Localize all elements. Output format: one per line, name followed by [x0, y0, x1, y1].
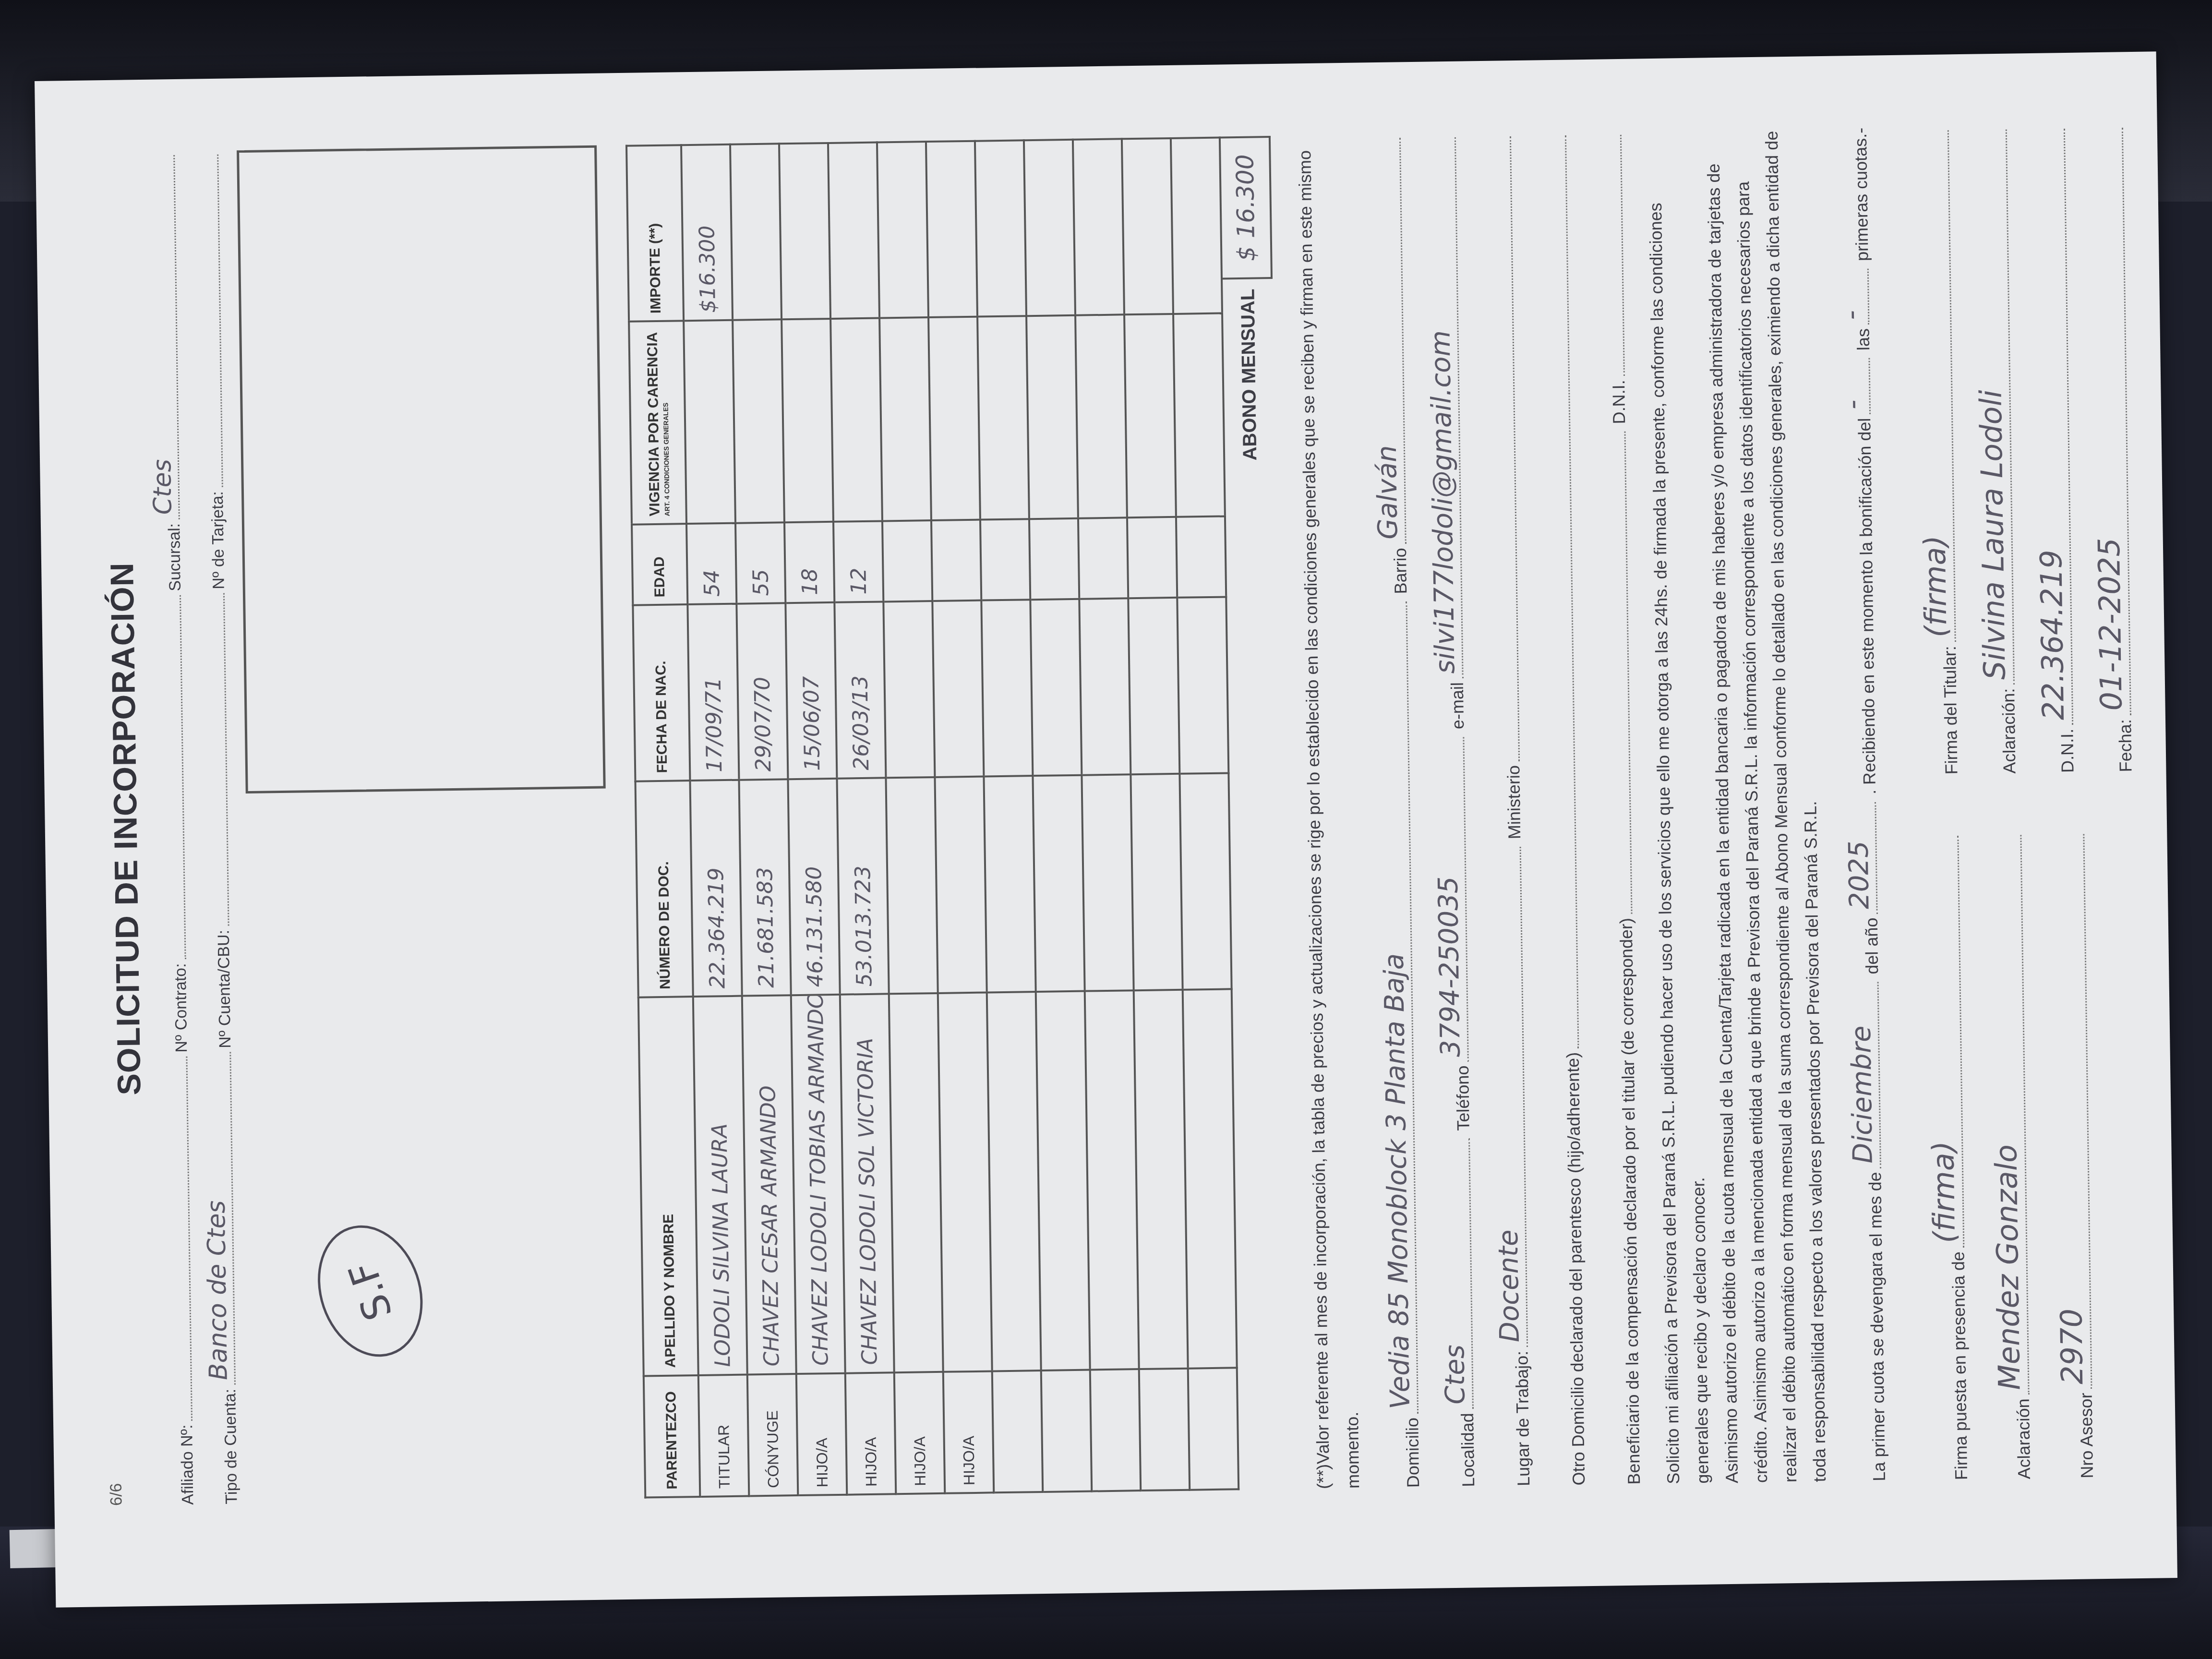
firma-titular-field[interactable]: (firma) — [1909, 130, 1956, 642]
email-label: e-mail — [1447, 682, 1468, 730]
telefono-label: Teléfono — [1453, 1065, 1474, 1131]
cell-doc[interactable]: 53.013.723 — [837, 778, 889, 995]
cell-nombre[interactable] — [1036, 991, 1090, 1370]
cell-importe[interactable] — [1073, 139, 1124, 315]
cell-doc[interactable] — [935, 776, 986, 993]
cell-nombre[interactable]: CHAVEZ CESAR ARMANDO — [742, 995, 796, 1374]
cell-edad[interactable] — [1176, 516, 1226, 598]
email-field[interactable]: silvi177lodoli@gmail.com — [1426, 137, 1464, 679]
cell-edad[interactable] — [1078, 517, 1128, 599]
cell-doc[interactable]: 21.681.583 — [739, 779, 791, 996]
cell-importe[interactable] — [1171, 138, 1222, 314]
dni-row: D.N.I. 22.364.219 — [2025, 125, 2078, 773]
presencia-field[interactable]: (firma) — [1919, 836, 1964, 1248]
cell-parentesco — [1041, 1370, 1092, 1492]
cell-vigencia[interactable] — [1124, 314, 1176, 517]
header-row-2: Tipo de Cuenta: Banco de Ctes Nº Cuenta/… — [198, 151, 241, 1504]
aclaracion-right-row: Aclaración: Silvina Laura Lodoli — [1967, 126, 2020, 774]
trabajo-row: Lugar de Trabajo: Docente Ministerio — [1481, 132, 1534, 1487]
domicilio-row: Domicilio Vedia 85 Monoblock 3 Planta Ba… — [1370, 134, 1423, 1488]
primer-cuota-row: La primer cuota se devengara el mes de D… — [1837, 128, 1889, 1482]
cell-parentesco — [1139, 1368, 1190, 1491]
firma-titular-label: Firma del Titular: — [1940, 646, 1962, 775]
cell-doc[interactable] — [1082, 774, 1133, 991]
dni-label: D.N.I. — [2057, 729, 2078, 773]
cell-importe[interactable] — [1024, 140, 1075, 316]
beneficiario-dni-label: D.N.I. — [1609, 380, 1629, 424]
contrato-field[interactable] — [160, 595, 186, 959]
abono-value[interactable]: $ 16.300 — [1221, 136, 1273, 279]
sucursal-label: Sucursal: — [165, 523, 185, 591]
cell-doc[interactable] — [984, 776, 1035, 993]
signature-section: Firma puesta en presencia de (firma) Acl… — [1909, 124, 2146, 1480]
card-image-box — [237, 145, 606, 793]
cell-parentesco: HIJO/A — [894, 1371, 945, 1494]
barrio-label: Barrio — [1390, 548, 1411, 594]
cell-nombre[interactable] — [987, 992, 1041, 1371]
beneficiario-row: Beneficiario de la compensación declarad… — [1591, 131, 1644, 1485]
ministerio-field[interactable] — [1481, 136, 1520, 762]
tarjeta-field[interactable] — [198, 155, 223, 488]
primer-cuota-suffix: primeras cuotas.- — [1851, 128, 1873, 262]
cell-edad[interactable]: 55 — [735, 522, 785, 604]
cell-fecha[interactable] — [1079, 599, 1130, 775]
contrato-label: Nº Contrato: — [171, 963, 192, 1053]
asesor-label: Nro Asesor — [2076, 1393, 2097, 1479]
cell-vigencia[interactable] — [733, 319, 784, 523]
col-nombre: APELLIDO Y NOMBRE — [638, 997, 698, 1376]
cuenta-cbu-label: Nº Cuenta/CBU: — [215, 930, 235, 1048]
cell-parentesco: HIJO/A — [943, 1371, 994, 1493]
cell-importe[interactable] — [828, 143, 879, 319]
firma-titular-row: Firma del Titular: (firma) — [1909, 126, 1962, 775]
cell-importe[interactable] — [926, 141, 977, 318]
afiliado-field[interactable] — [167, 1057, 192, 1421]
cell-nombre[interactable] — [1085, 990, 1139, 1370]
fecha-field[interactable]: 01-12-2025 — [2083, 128, 2131, 716]
cell-nombre[interactable]: CHAVEZ LODOLI TOBIAS ARMANDO — [791, 995, 845, 1374]
cell-nombre[interactable]: LODOLI SILVINA LAURA — [693, 996, 747, 1375]
primer-cuota-mes[interactable]: Diciembre — [1849, 982, 1881, 1168]
cell-vigencia[interactable] — [1173, 313, 1225, 517]
aclaracion-left-label: Aclaración — [2013, 1398, 2034, 1479]
header-row-1: Afiliado Nº: Nº Contrato: Sucursal: Ctes — [154, 151, 197, 1505]
domicilio-field[interactable]: Vedia 85 Monoblock 3 Planta Baja — [1377, 601, 1419, 1414]
circled-stamp: S.F — [301, 1211, 440, 1371]
cell-vigencia[interactable] — [1075, 314, 1127, 518]
cell-vigencia[interactable] — [1026, 315, 1078, 519]
las-field[interactable]: - — [1839, 269, 1870, 325]
members-table: PARENTEZCO APELLIDO Y NOMBRE NÚMERO DE D… — [625, 137, 1239, 1499]
legal-text-2: Asimismo autorizo el débito de la cuota … — [1698, 128, 1834, 1483]
domicilio-label: Domicilio — [1402, 1418, 1423, 1488]
signature-left-column: Firma puesta en presencia de (firma) Acl… — [1919, 829, 2146, 1480]
tarjeta-label: Nº de Tarjeta: — [208, 491, 228, 589]
asesor-row: Nro Asesor 2970 — [2044, 830, 2097, 1479]
beneficiario-dni-field[interactable] — [1591, 135, 1625, 376]
cell-edad[interactable] — [931, 519, 981, 601]
primer-cuota-anio[interactable]: 2025 — [1846, 802, 1877, 914]
cell-parentesco: HIJO/A — [845, 1372, 896, 1495]
beneficiario-label: Beneficiario de la compensación declarad… — [1616, 918, 1644, 1485]
primer-cuota-prefix: La primer cuota se devengara el mes de — [1865, 1172, 1889, 1481]
cell-parentesco: TITULAR — [698, 1374, 749, 1497]
cell-doc[interactable] — [1179, 773, 1231, 990]
cell-edad[interactable]: 18 — [784, 521, 834, 603]
las-label: las — [1853, 328, 1874, 351]
stamp-area: S.F — [237, 145, 630, 1504]
form-page: 6/6 SOLICITUD DE INCORPORACIÓN Afiliado … — [35, 51, 2177, 1607]
cell-edad[interactable] — [882, 520, 932, 602]
localidad-row: Localidad Ctes Teléfono 3794-250035 e-ma… — [1426, 133, 1479, 1488]
col-importe: IMPORTE (**) — [626, 145, 684, 322]
cell-doc[interactable]: 22.364.219 — [690, 780, 742, 997]
col-doc: NÚMERO DE DOC. — [635, 781, 693, 998]
otro-domicilio-label: Otro Domicilio declarado del parentesco … — [1563, 1052, 1589, 1486]
cell-vigencia[interactable] — [879, 317, 931, 521]
presencia-row: Firma puesta en presencia de (firma) — [1919, 832, 1972, 1480]
bonificacion-field[interactable]: - — [1839, 358, 1871, 414]
cell-fecha[interactable]: 15/06/07 — [785, 602, 837, 779]
cell-fecha[interactable] — [932, 601, 984, 777]
col-fecha: FECHA DE NAC. — [633, 605, 690, 781]
aclaracion-left-field[interactable]: Mendez Gonzalo — [1982, 835, 2029, 1395]
primer-cuota-middle: . Recibiendo en este momento la bonifica… — [1854, 418, 1880, 794]
cell-doc[interactable] — [1033, 775, 1084, 992]
cell-fecha[interactable]: 29/07/70 — [736, 603, 788, 780]
beneficiario-field[interactable] — [1596, 432, 1633, 914]
cell-fecha[interactable]: 17/09/71 — [687, 604, 739, 780]
trabajo-field[interactable]: Docente — [1491, 847, 1528, 1347]
col-edad: EDAD — [632, 524, 687, 606]
cell-importe[interactable] — [730, 144, 781, 320]
cell-fecha[interactable] — [1128, 598, 1179, 774]
asesor-field[interactable]: 2970 — [2044, 834, 2092, 1390]
cell-vigencia[interactable] — [977, 316, 1029, 519]
presencia-label: Firma puesta en presencia de — [1948, 1251, 1972, 1480]
telefono-field[interactable]: 3794-250035 — [1434, 737, 1468, 1062]
cell-edad[interactable]: 54 — [686, 523, 736, 604]
anio-label: del año — [1862, 917, 1883, 974]
cell-doc[interactable] — [1130, 773, 1182, 990]
cell-parentesco: CÓNYUGE — [747, 1374, 798, 1496]
cell-parentesco — [1090, 1369, 1141, 1491]
cell-parentesco — [1188, 1368, 1239, 1490]
trabajo-label: Lugar de Trabajo: — [1512, 1351, 1534, 1487]
sucursal-field[interactable]: Ctes — [154, 155, 180, 519]
tipo-cuenta-field[interactable]: Banco de Ctes — [210, 1052, 236, 1385]
otro-domicilio-field[interactable] — [1536, 135, 1579, 1048]
cell-edad[interactable] — [980, 519, 1030, 601]
cell-edad[interactable] — [1127, 517, 1177, 598]
ministerio-label: Ministerio — [1503, 765, 1525, 840]
fecha-label: Fecha: — [2115, 719, 2136, 772]
fecha-row: Fecha: 01-12-2025 — [2083, 124, 2136, 772]
cell-vigencia[interactable] — [781, 319, 833, 522]
localidad-field[interactable]: Ctes — [1440, 1139, 1474, 1410]
cell-fecha[interactable] — [1177, 597, 1228, 773]
afiliado-label: Afiliado Nº: — [178, 1424, 197, 1505]
localidad-label: Localidad — [1457, 1413, 1479, 1487]
dni-field[interactable]: 22.364.219 — [2025, 129, 2073, 725]
abono-label: ABONO MENSUAL — [1237, 289, 1261, 460]
col-vigencia: VIGENCIA POR CARENCIAART. 4 CONDICIONES … — [629, 321, 686, 524]
cell-fecha[interactable] — [883, 601, 935, 777]
cell-vigencia[interactable] — [684, 320, 735, 524]
cell-parentesco — [992, 1370, 1043, 1493]
cell-importe[interactable] — [1122, 138, 1173, 315]
cell-fecha[interactable]: 26/03/13 — [834, 602, 886, 778]
cell-importe[interactable]: $16.300 — [681, 144, 733, 321]
cell-fecha[interactable] — [1030, 599, 1082, 775]
cell-doc[interactable] — [886, 777, 938, 994]
cell-importe[interactable] — [779, 143, 830, 320]
cell-fecha[interactable] — [981, 600, 1033, 776]
cell-nombre[interactable] — [1183, 989, 1237, 1368]
cell-vigencia[interactable] — [928, 317, 980, 520]
footnote: (**)Valor referente al mes de incorporac… — [1290, 135, 1368, 1489]
cell-nombre[interactable]: CHAVEZ LODOLI SOL VICTORIA — [840, 994, 894, 1373]
aclaracion-right-label: Aclaración: — [1998, 688, 2020, 774]
otro-domicilio-row: Otro Domicilio declarado del parentesco … — [1536, 132, 1589, 1486]
cell-nombre[interactable] — [889, 993, 943, 1372]
cell-vigencia[interactable] — [830, 318, 882, 522]
cell-nombre[interactable] — [938, 993, 992, 1372]
cell-edad[interactable] — [1029, 518, 1079, 600]
cuenta-cbu-field[interactable] — [204, 593, 229, 926]
cell-nombre[interactable] — [1134, 990, 1188, 1369]
barrio-field[interactable]: Galván — [1370, 138, 1407, 544]
col-parentesco: PARENTEZCO — [644, 1375, 700, 1498]
cell-importe[interactable] — [877, 142, 928, 318]
cell-parentesco: HIJO/A — [796, 1373, 847, 1495]
tipo-cuenta-label: Tipo de Cuenta: — [221, 1389, 241, 1504]
cell-doc[interactable]: 46.131.580 — [788, 778, 840, 995]
aclaracion-left-row: Aclaración Mendez Gonzalo — [1982, 831, 2034, 1479]
aclaracion-right-field[interactable]: Silvina Laura Lodoli — [1967, 130, 2015, 685]
signature-right-column: Firma del Titular: (firma) Aclaración: S… — [1909, 124, 2136, 775]
cell-edad[interactable]: 12 — [833, 521, 883, 602]
cell-importe[interactable] — [975, 140, 1026, 317]
